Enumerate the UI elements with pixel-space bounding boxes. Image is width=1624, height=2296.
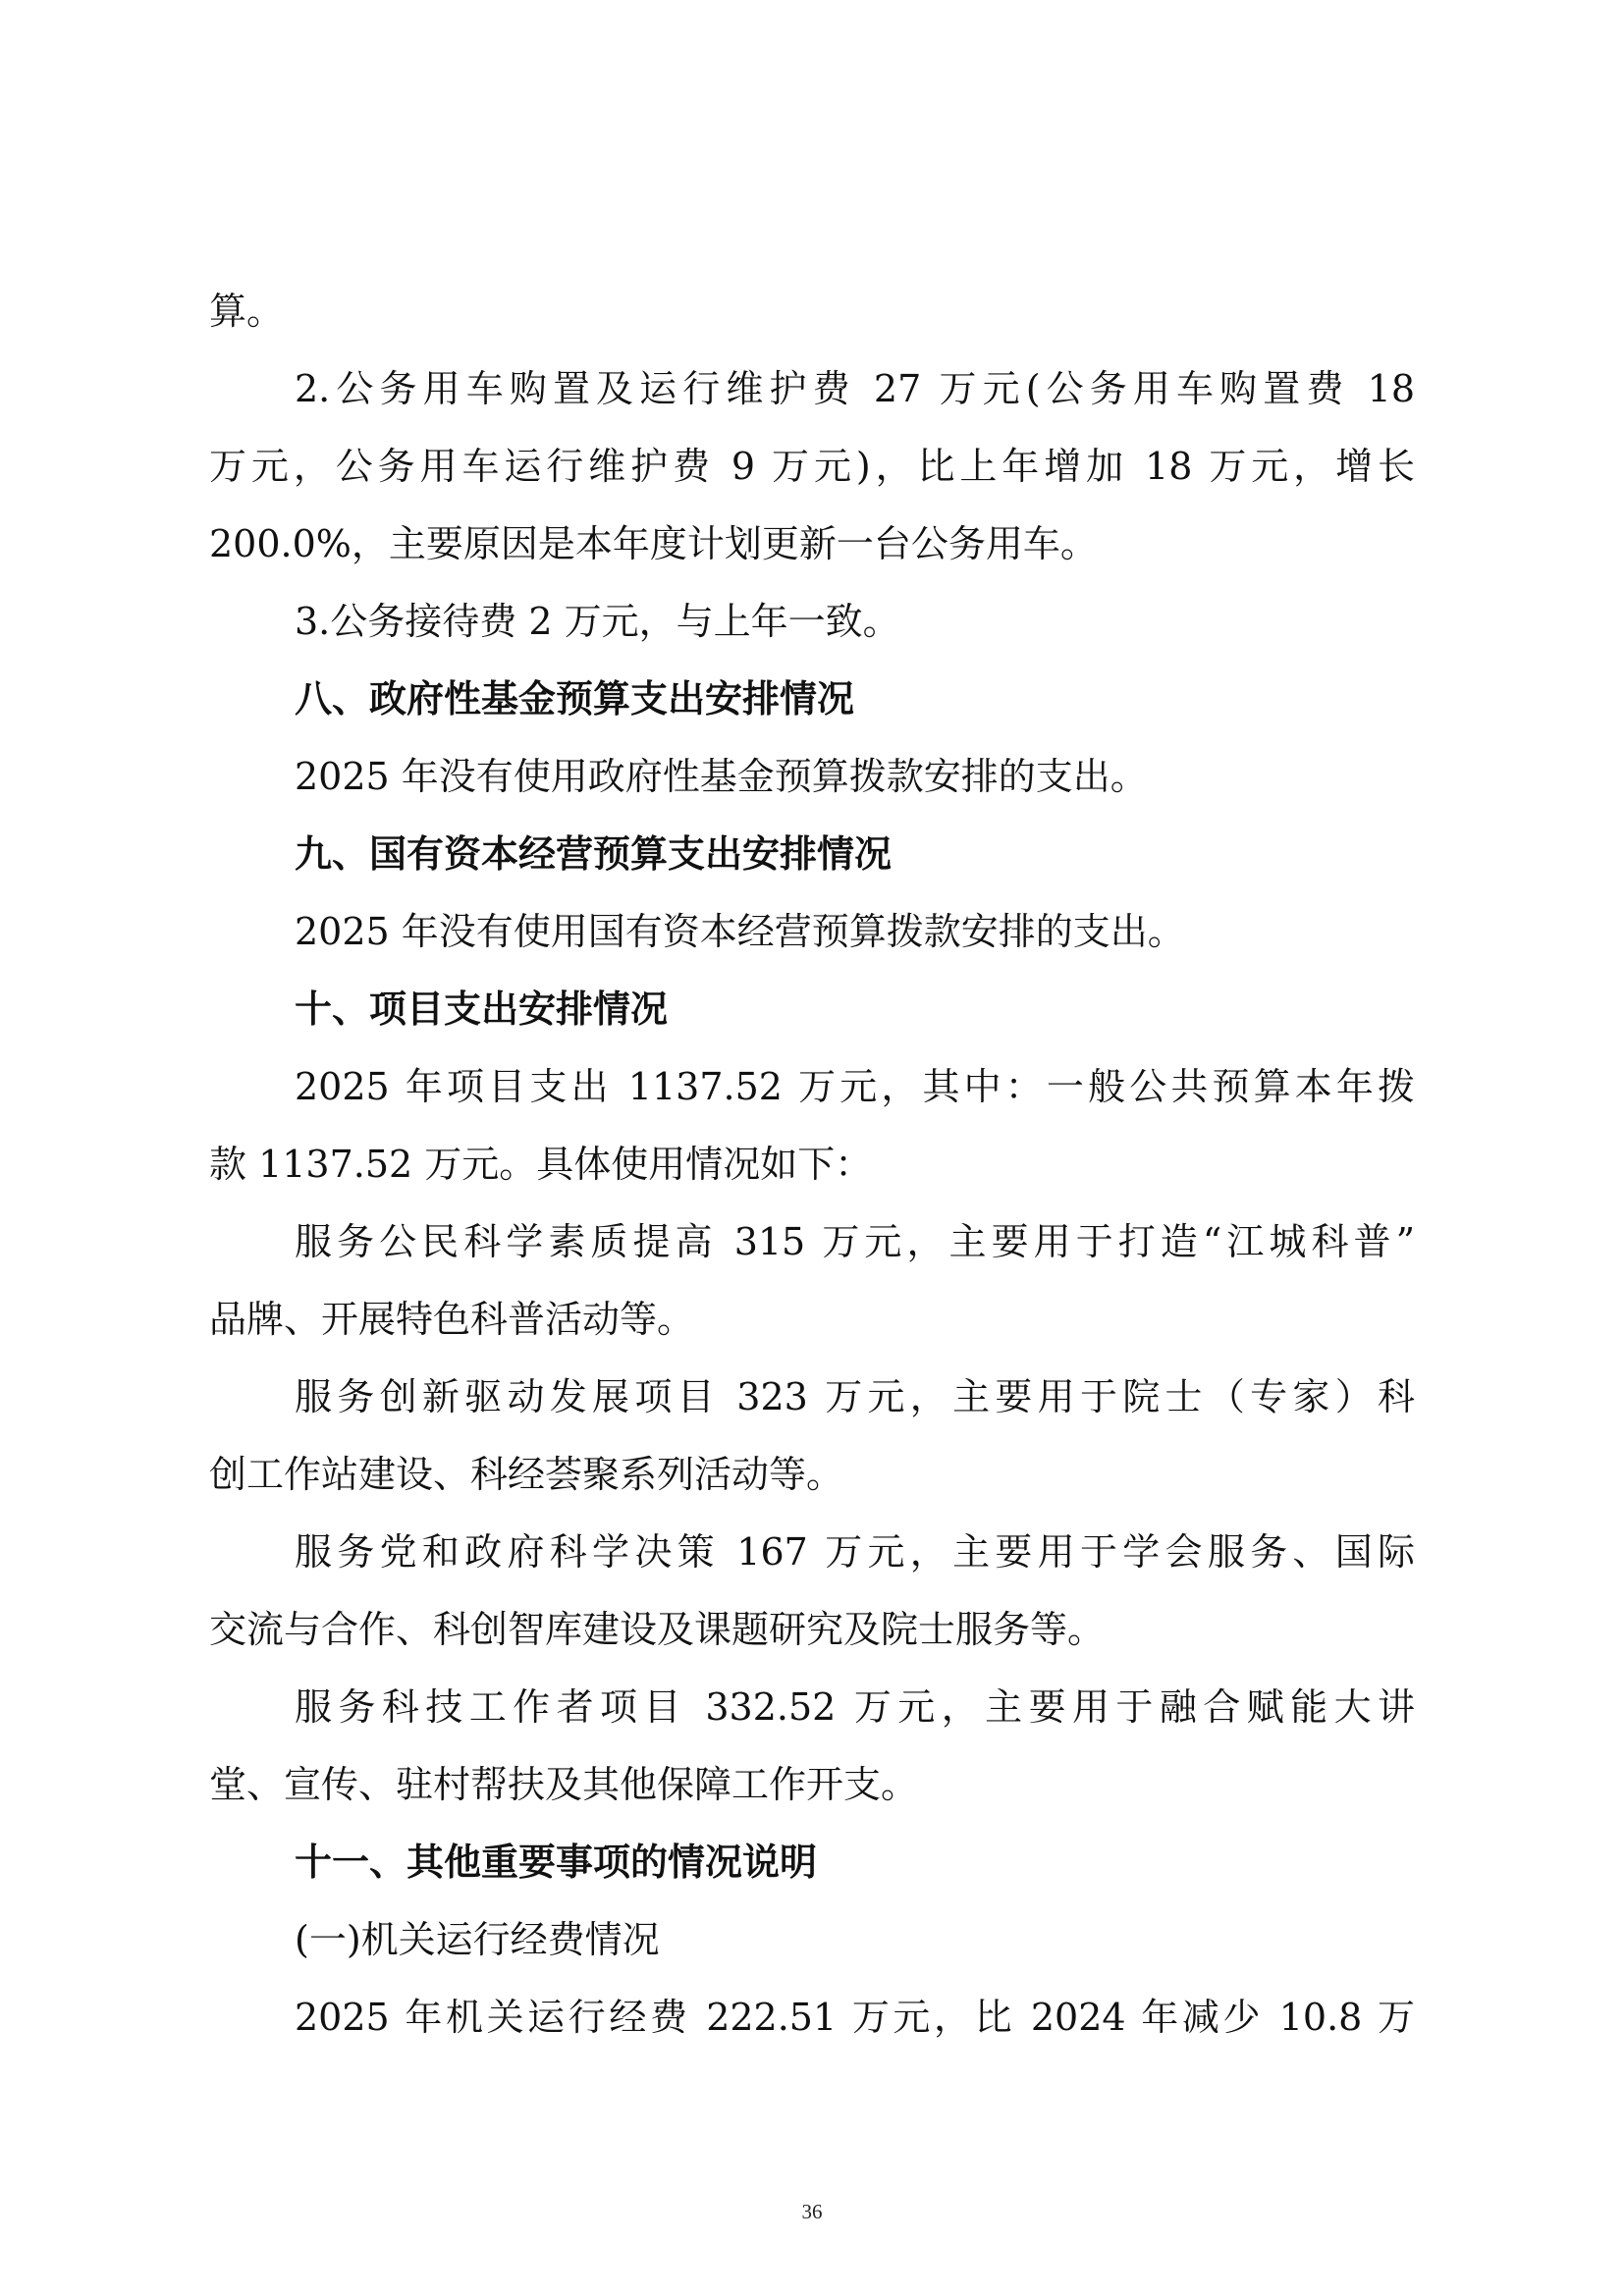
section-heading-11: 十一、其他重要事项的情况说明	[209, 1832, 1415, 1909]
text-line: 创工作站建设、科经荟聚系列活动等。	[209, 1444, 1415, 1522]
text-line: 服务科技工作者项目 332.52 万元，主要用于融合赋能大讲	[209, 1677, 1415, 1754]
text-line: 万元，公务用车运行维护费 9 万元)，比上年增加 18 万元，增长	[209, 436, 1415, 513]
text-line: 2025 年项目支出 1137.52 万元，其中：一般公共预算本年拨	[209, 1056, 1415, 1134]
document-page: 算。 2.公务用车购置及运行维护费 27 万元(公务用车购置费 18 万元，公务…	[0, 0, 1624, 2296]
text-line: 服务公民科学素质提高 315 万元，主要用于打造“江城科普”	[209, 1211, 1415, 1289]
subsection-heading: (一)机关运行经费情况	[209, 1909, 1415, 1987]
section-heading-10: 十、项目支出安排情况	[209, 979, 1415, 1056]
text-line: 2025 年没有使用国有资本经营预算拨款安排的支出。	[209, 901, 1415, 979]
section-heading-8: 八、政府性基金预算支出安排情况	[209, 668, 1415, 746]
document-body: 算。 2.公务用车购置及运行维护费 27 万元(公务用车购置费 18 万元，公务…	[209, 281, 1415, 2064]
text-line: 2.公务用车购置及运行维护费 27 万元(公务用车购置费 18	[209, 358, 1415, 436]
text-line: 服务创新驱动发展项目 323 万元，主要用于院士（专家）科	[209, 1366, 1415, 1444]
text-line: 2025 年机关运行经费 222.51 万元，比 2024 年减少 10.8 万	[209, 1987, 1415, 2064]
section-heading-9: 九、国有资本经营预算支出安排情况	[209, 824, 1415, 901]
text-line: 算。	[209, 281, 1415, 358]
text-line: 交流与合作、科创智库建设及课题研究及院士服务等。	[209, 1599, 1415, 1677]
text-line: 服务党和政府科学决策 167 万元，主要用于学会服务、国际	[209, 1522, 1415, 1599]
text-line: 2025 年没有使用政府性基金预算拨款安排的支出。	[209, 746, 1415, 824]
text-line: 200.0%，主要原因是本年度计划更新一台公务用车。	[209, 513, 1415, 591]
text-line: 款 1137.52 万元。具体使用情况如下：	[209, 1134, 1415, 1211]
page-number: 36	[0, 2197, 1624, 2226]
text-line: 3.公务接待费 2 万元，与上年一致。	[209, 591, 1415, 668]
text-line: 堂、宣传、驻村帮扶及其他保障工作开支。	[209, 1754, 1415, 1832]
text-line: 品牌、开展特色科普活动等。	[209, 1289, 1415, 1366]
